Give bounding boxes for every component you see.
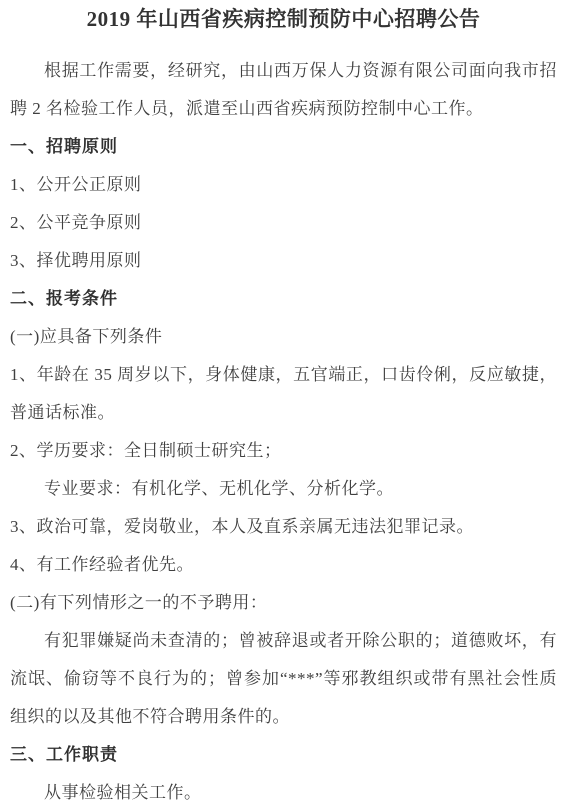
doc-paragraph: 根据工作需要，经研究，由山西万保人力资源有限公司面向我市招聘 2 名检验工作人员…: [10, 52, 557, 128]
section-heading: 二、报考条件: [10, 280, 557, 318]
doc-paragraph: 3、择优聘用原则: [10, 242, 557, 280]
document-page: 2019 年山西省疾病控制预防中心招聘公告 根据工作需要，经研究，由山西万保人力…: [0, 0, 567, 810]
section-heading: 三、工作职责: [10, 736, 557, 774]
doc-paragraph: 2、公平竞争原则: [10, 204, 557, 242]
doc-paragraph: 3、政治可靠，爱岗敬业，本人及直系亲属无违法犯罪记录。: [10, 508, 557, 546]
doc-paragraph: 1、年龄在 35 周岁以下，身体健康，五官端正，口齿伶俐，反应敏捷，普通话标准。: [10, 356, 557, 432]
doc-paragraph: 1、公开公正原则: [10, 166, 557, 204]
doc-paragraph: (二)有下列情形之一的不予聘用：: [10, 584, 557, 622]
doc-paragraph: (一)应具备下列条件: [10, 318, 557, 356]
document-title: 2019 年山西省疾病控制预防中心招聘公告: [10, 4, 557, 34]
section-heading: 一、招聘原则: [10, 128, 557, 166]
doc-paragraph: 4、有工作经验者优先。: [10, 546, 557, 584]
doc-paragraph: 有犯罪嫌疑尚未查清的；曾被辞退或者开除公职的；道德败坏，有流氓、偷窃等不良行为的…: [10, 622, 557, 736]
doc-paragraph: 从事检验相关工作。: [10, 774, 557, 810]
document-body: 根据工作需要，经研究，由山西万保人力资源有限公司面向我市招聘 2 名检验工作人员…: [10, 52, 557, 810]
doc-paragraph: 专业要求：有机化学、无机化学、分析化学。: [10, 470, 557, 508]
doc-paragraph: 2、学历要求：全日制硕士研究生；: [10, 432, 557, 470]
